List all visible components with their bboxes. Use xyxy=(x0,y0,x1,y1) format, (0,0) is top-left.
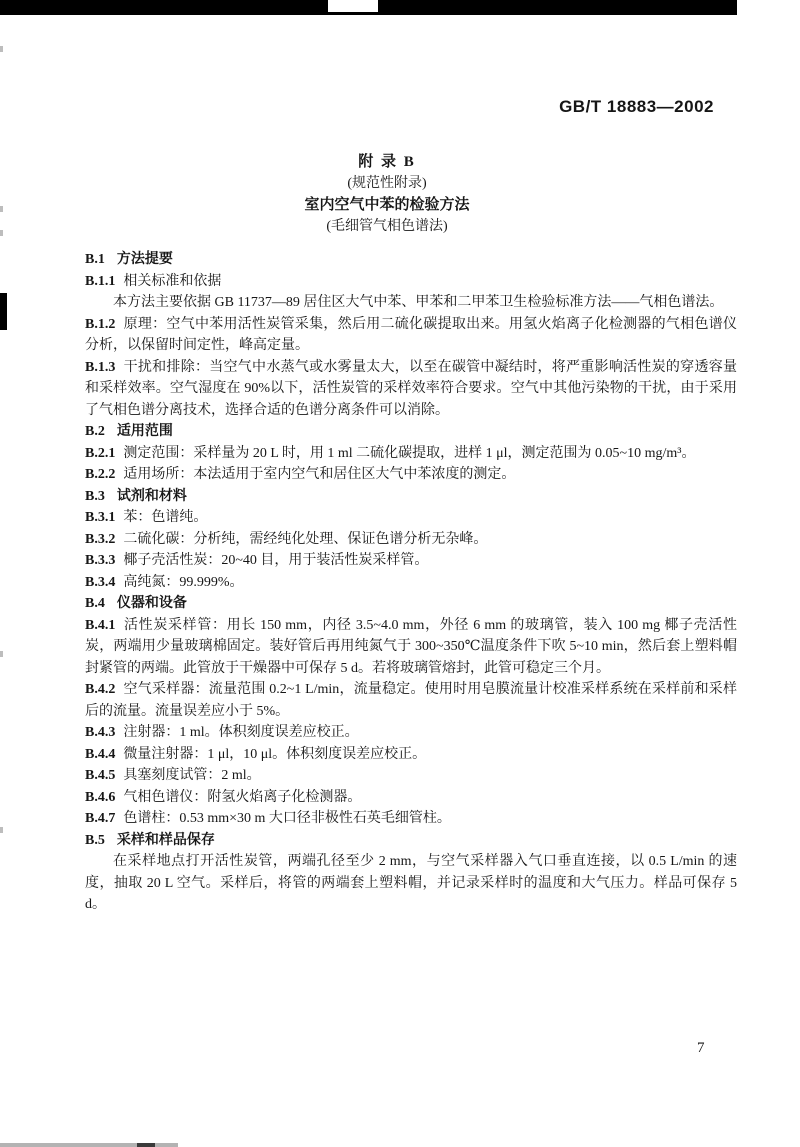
appendix-type-label: (规范性附录) xyxy=(85,173,689,194)
clause-text: 苯：色谱纯。 xyxy=(123,510,207,525)
clause-b34: B.3.4高纯氮：99.999%。 xyxy=(85,572,737,594)
clause-b32: B.3.2二硫化碳：分析纯，需经纯化处理、保证色谱分析无杂峰。 xyxy=(85,529,737,551)
clause-text: 高纯氮：99.999%。 xyxy=(123,575,243,590)
clause-b47: B.4.7色谱柱：0.53 mm×30 m 大口径非极性石英毛细管柱。 xyxy=(85,808,737,830)
clause-number: B.1.1 xyxy=(85,274,115,289)
clause-b5-paragraph: 在采样地点打开活性炭管，两端孔径至少 2 mm，与空气采样器入气口垂直连接，以 … xyxy=(85,851,737,916)
scan-edge-tick xyxy=(0,46,3,52)
scan-bottom-bar-dark-segment xyxy=(137,1143,155,1147)
scan-bottom-bar xyxy=(0,1143,178,1147)
method-title: 室内空气中苯的检验方法 xyxy=(85,195,689,216)
clause-text: 干扰和排除：当空气中水蒸气或水雾量太大，以至在碳管中凝结时，将严重影响活性炭的穿… xyxy=(85,360,737,418)
clause-number: B.3.1 xyxy=(85,510,115,525)
clause-number: B.4.2 xyxy=(85,682,115,697)
clause-number: B.1.2 xyxy=(85,317,115,332)
section-number: B.1 xyxy=(85,252,105,267)
clause-number: B.2.2 xyxy=(85,467,115,482)
page-content: 附 录 B (规范性附录) 室内空气中苯的检验方法 (毛细管气相色谱法) B.1… xyxy=(85,147,737,916)
clause-text: 空气采样器：流量范围 0.2~1 L/min，流量稳定。使用时用皂膜流量计校准采… xyxy=(85,682,737,719)
clause-text: 测定范围：采样量为 20 L 时，用 1 ml 二硫化碳提取，进样 1 μl，测… xyxy=(123,446,695,461)
clause-number: B.4.5 xyxy=(85,768,115,783)
clause-number: B.1.3 xyxy=(85,360,115,375)
clause-b11-paragraph: 本方法主要依据 GB 11737—89 居住区大气中苯、甲苯和二甲苯卫生检验标准… xyxy=(85,292,737,314)
clause-number: B.4.4 xyxy=(85,747,115,762)
clause-b43: B.4.3注射器：1 ml。体积刻度误差应校正。 xyxy=(85,722,737,744)
section-title: 试剂和材料 xyxy=(117,489,187,504)
clause-b31: B.3.1苯：色谱纯。 xyxy=(85,507,737,529)
section-number: B.3 xyxy=(85,489,105,504)
clause-number: B.3.3 xyxy=(85,553,115,568)
section-title: 采样和样品保存 xyxy=(117,833,215,848)
clause-b42: B.4.2空气采样器：流量范围 0.2~1 L/min，流量稳定。使用时用皂膜流… xyxy=(85,679,737,722)
clause-number: B.3.4 xyxy=(85,575,115,590)
clause-b11: B.1.1相关标准和依据 xyxy=(85,271,737,293)
clause-b41: B.4.1活性炭采样管：用长 150 mm，内径 3.5~4.0 mm，外径 6… xyxy=(85,615,737,680)
clause-b46: B.4.6气相色谱仪：附氢火焰离子化检测器。 xyxy=(85,787,737,809)
clause-number: B.4.7 xyxy=(85,811,115,826)
section-heading-b3: B.3试剂和材料 xyxy=(85,486,737,508)
method-subtitle: (毛细管气相色谱法) xyxy=(85,216,689,237)
clause-number: B.2.1 xyxy=(85,446,115,461)
clause-text: 适用场所：本法适用于室内空气和居住区大气中苯浓度的测定。 xyxy=(123,467,515,482)
clause-text: 相关标准和依据 xyxy=(123,274,221,289)
clause-b33: B.3.3椰子壳活性炭：20~40 目，用于装活性炭采样管。 xyxy=(85,550,737,572)
clause-number: B.4.3 xyxy=(85,725,115,740)
scan-edge-tick xyxy=(0,230,3,236)
clause-text: 原理：空气中苯用活性炭管采集，然后用二硫化碳提取出来。用氢火焰离子化检测器的气相… xyxy=(85,317,737,354)
appendix-title-block: 附 录 B (规范性附录) 室内空气中苯的检验方法 (毛细管气相色谱法) xyxy=(85,152,689,237)
standard-code: GB/T 18883—2002 xyxy=(559,97,714,117)
section-heading-b1: B.1方法提要 xyxy=(85,249,737,271)
section-heading-b2: B.2适用范围 xyxy=(85,421,737,443)
page-number: 7 xyxy=(697,1040,705,1057)
clause-b44: B.4.4微量注射器：1 μl，10 μl。体积刻度误差应校正。 xyxy=(85,744,737,766)
clause-number: B.4.1 xyxy=(85,618,115,633)
section-number: B.4 xyxy=(85,596,105,611)
clause-b22: B.2.2适用场所：本法适用于室内空气和居住区大气中苯浓度的测定。 xyxy=(85,464,737,486)
clause-b45: B.4.5具塞刻度试管：2 ml。 xyxy=(85,765,737,787)
clause-text: 注射器：1 ml。体积刻度误差应校正。 xyxy=(123,725,358,740)
section-title: 仪器和设备 xyxy=(117,596,187,611)
clause-text: 二硫化碳：分析纯，需经纯化处理、保证色谱分析无杂峰。 xyxy=(123,532,487,547)
clause-text: 微量注射器：1 μl，10 μl。体积刻度误差应校正。 xyxy=(123,747,426,762)
scan-top-bar xyxy=(0,0,737,15)
scan-left-strip xyxy=(0,293,7,330)
clause-text: 气相色谱仪：附氢火焰离子化检测器。 xyxy=(123,790,361,805)
section-heading-b4: B.4仪器和设备 xyxy=(85,593,737,615)
section-heading-b5: B.5采样和样品保存 xyxy=(85,830,737,852)
section-title: 适用范围 xyxy=(117,424,173,439)
clause-text: 色谱柱：0.53 mm×30 m 大口径非极性石英毛细管柱。 xyxy=(123,811,451,826)
clause-b12: B.1.2原理：空气中苯用活性炭管采集，然后用二硫化碳提取出来。用氢火焰离子化检… xyxy=(85,314,737,357)
clause-b13: B.1.3干扰和排除：当空气中水蒸气或水雾量太大，以至在碳管中凝结时，将严重影响… xyxy=(85,357,737,422)
section-number: B.2 xyxy=(85,424,105,439)
clause-text: 活性炭采样管：用长 150 mm，内径 3.5~4.0 mm，外径 6 mm 的… xyxy=(85,618,737,676)
section-number: B.5 xyxy=(85,833,105,848)
scan-top-bar-notch xyxy=(328,0,378,12)
clause-text: 具塞刻度试管：2 ml。 xyxy=(123,768,260,783)
scan-edge-tick xyxy=(0,206,3,212)
section-title: 方法提要 xyxy=(117,252,173,267)
clause-number: B.4.6 xyxy=(85,790,115,805)
scan-edge-tick xyxy=(0,651,3,657)
clause-text: 椰子壳活性炭：20~40 目，用于装活性炭采样管。 xyxy=(123,553,428,568)
clause-number: B.3.2 xyxy=(85,532,115,547)
appendix-title: 附 录 B xyxy=(85,152,689,173)
scan-edge-tick xyxy=(0,827,3,833)
clause-b21: B.2.1测定范围：采样量为 20 L 时，用 1 ml 二硫化碳提取，进样 1… xyxy=(85,443,737,465)
